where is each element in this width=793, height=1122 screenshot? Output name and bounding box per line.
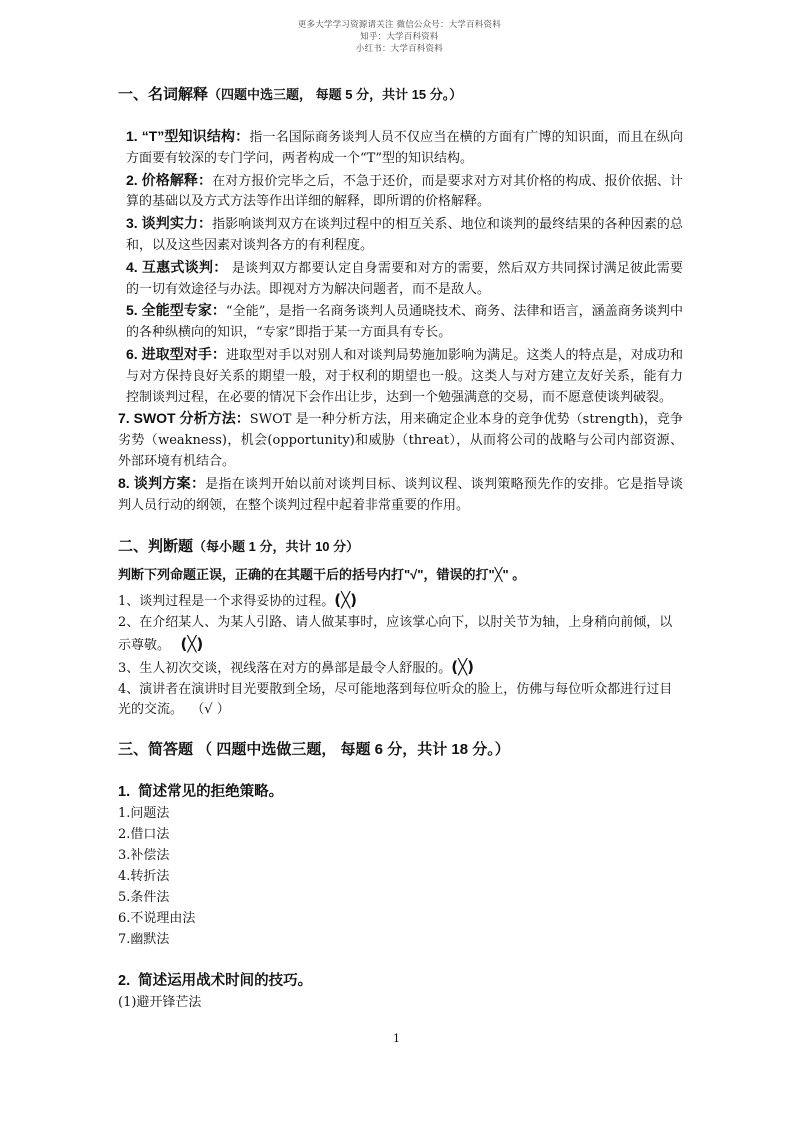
term-label: 3. 谈判实力：	[126, 215, 212, 231]
term-item: 3. 谈判实力：指影响谈判双方在谈判过程中的相互关系、地位和谈判的最终结果的各种…	[118, 213, 683, 257]
section-2-heading: 二、判断题	[118, 538, 193, 555]
list-item: 3.补偿法	[118, 845, 683, 866]
list-item: 5.条件法	[118, 887, 683, 908]
list-item: 7.幽默法	[118, 929, 683, 950]
answer-mark-wrong: (╳)	[170, 635, 203, 653]
term-item: 8. 谈判方案：是指在谈判开始以前对谈判目标、谈判议程、谈判策略预先作的安排。它…	[118, 473, 683, 517]
judgment-question: 2、在介绍某人、为某人引路、请人做某事时，应该掌心向下，以肘关节为轴，上身稍向前…	[118, 613, 683, 657]
header-xiaohongshu: 小红书：大学百科资料	[356, 44, 443, 54]
term-label: 1. “T”型知识结构：	[126, 128, 249, 144]
answer-mark-wrong: (╳)	[451, 658, 474, 676]
term-item: 6. 进取型对手：进取型对手以对别人和对谈判局势施加影响为满足。这类人的特点是，…	[118, 344, 683, 408]
short-answer-question-1: 1. 简述常见的拒绝策略。	[118, 781, 683, 803]
term-label: 8. 谈判方案：	[118, 475, 205, 491]
section-2-subtitle: （每小题 1 分，共计 10 分）	[193, 539, 359, 554]
judgment-question: 4、演讲者在演讲时目光要散到全场，尽可能地落到每位听众的脸上，仿佛与每位听众都进…	[118, 680, 683, 722]
section-2-instruction: 判断下列命题正误，正确的在其题干后的括号内打"√"，错误的打"╳" 。	[118, 564, 683, 586]
short-answer-question-2: 2. 简述运用战术时间的技巧。	[118, 970, 683, 992]
question-text: 3、生人初次交谈，视线落在对方的鼻部是最令人舒服的。	[118, 661, 451, 676]
section-1-subtitle: （四题中选三题， 每题 5 分，共计 15 分。）	[208, 87, 462, 102]
section-2-title: 二、判断题（每小题 1 分，共计 10 分）	[118, 536, 683, 558]
answer-mark-wrong: (╳)	[334, 591, 357, 609]
section-3-heading: 三、简答题	[118, 741, 193, 758]
question-text: 1、谈判过程是一个求得妥协的过程。	[118, 594, 334, 609]
document-body: 一、名词解释（四题中选三题， 每题 5 分，共计 15 分。） 1. “T”型知…	[118, 84, 683, 1013]
section-1-heading: 一、名词解释	[118, 86, 208, 103]
term-label: 2. 价格解释：	[126, 172, 212, 188]
judgment-question: 1、谈判过程是一个求得妥协的过程。(╳)	[118, 590, 683, 613]
list-item: 4.转折法	[118, 866, 683, 887]
header-zhihu: 知乎：大学百科资料	[360, 32, 438, 42]
list-item: (1)避开锋芒法	[118, 992, 683, 1013]
term-item: 7. SWOT 分析方法：SWOT 是一种分析方法，用来确定企业本身的竞争优势（…	[118, 408, 683, 472]
page-header: 更多大学学习资源请关注 微信公众号：大学百科资料 知乎：大学百科资料 小红书：大…	[0, 8, 793, 54]
answer-mark-correct: （√ ）	[183, 702, 230, 717]
section-3-subtitle: （ 四题中选做三题， 每题 6 分，共计 18 分。）	[193, 741, 510, 758]
term-label: 6. 进取型对手：	[126, 346, 226, 362]
term-item: 5. 全能型专家：“全能”，是指一名商务谈判人员通晓技术、商务、法律和语言，涵盖…	[118, 300, 683, 344]
header-wechat: 更多大学学习资源请关注 微信公众号：大学百科资料	[298, 20, 501, 30]
term-item: 4. 互惠式谈判： 是谈判双方都要认定自身需要和对方的需要，然后双方共同探讨满足…	[118, 257, 683, 301]
term-label: 4. 互惠式谈判：	[126, 259, 228, 275]
list-item: 1.问题法	[118, 803, 683, 824]
list-item: 6.不说理由法	[118, 908, 683, 929]
judgment-question: 3、生人初次交谈，视线落在对方的鼻部是最令人舒服的。(╳)	[118, 657, 683, 680]
list-item: 2.借口法	[118, 824, 683, 845]
term-label: 7. SWOT 分析方法：	[118, 410, 250, 426]
page-number: 1	[0, 1032, 793, 1045]
section-1-title: 一、名词解释（四题中选三题， 每题 5 分，共计 15 分。）	[118, 84, 683, 106]
term-item: 2. 价格解释：在对方报价完毕之后，不急于还价，而是要求对方对其价格的构成、报价…	[118, 170, 683, 214]
section-3-title: 三、简答题 （ 四题中选做三题， 每题 6 分，共计 18 分。）	[118, 739, 683, 761]
term-label: 5. 全能型专家：	[126, 302, 226, 318]
term-item: 1. “T”型知识结构：指一名国际商务谈判人员不仅应当在横的方面有广博的知识面，…	[118, 126, 683, 170]
